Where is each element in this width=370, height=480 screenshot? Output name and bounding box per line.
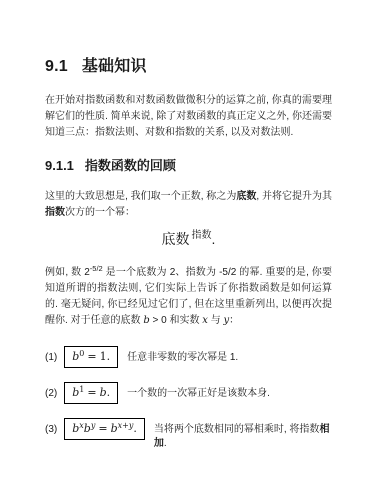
equals-sign: = [95,422,110,435]
paragraph-text: 次方的一个幂： [65,207,135,218]
formula-base: 底数 [162,231,190,247]
paragraph-text: , 并将它提升为其 [256,191,332,202]
paragraph-text: 与 [208,315,224,326]
formula-period: . [212,231,216,247]
display-formula: 底数指数. [45,228,332,250]
term-exponent: 指数 [45,207,65,218]
document-page: 9.1基础知识 在开始对指数函数和对数函数做微积分的运算之前, 你真的需要理解它… [0,0,370,480]
rule-3-label: (3) [45,423,57,437]
formula-exponent: 指数 [192,230,212,241]
rule-1-formula-box: b0=1. [64,346,118,368]
section-number: 9.1 [45,58,68,75]
formula-base-var: b [111,422,118,435]
equals-sign: = [84,386,99,399]
intro-paragraph: 在开始对指数函数和对数函数做微积分的运算之前, 你真的需要理解它们的性质. 简单… [45,93,332,141]
rule-2-formula-box: b1=b. [64,382,118,404]
rule-3-formula-box: bxby=bx+y. [64,418,145,440]
subsection-heading: 9.1.1指数函数的回顾 [45,158,332,174]
base-exponent-paragraph: 这里的大致思想是, 我们取一个正数, 称之为底数, 并将它提升为其指数次方的一个… [45,189,332,221]
exponent-rules-list: (1) b0=1. 任意非零数的零次幂是 1. (2) b1=b. 一个数的一次… [45,346,332,451]
rule-1-description: 任意非零数的零次幂是 1. [127,351,238,365]
rule-1-label: (1) [45,351,57,365]
formula-period: . [107,386,111,399]
subsection-heading-text: 指数函数的回顾 [85,158,176,173]
list-item: (1) b0=1. 任意非零数的零次幂是 1. [45,346,332,368]
section-heading-text: 基础知识 [82,58,147,75]
inline-exponent: -5/2 [90,264,103,273]
equals-sign: = [84,350,99,363]
section-heading: 9.1基础知识 [45,57,332,77]
paragraph-text: 当将两个底数相同的幂相乘时, 将指数 [154,424,320,435]
rule-2-label: (2) [45,387,57,401]
formula-exponent: x+y [118,421,134,430]
formula-base-var: b [84,422,91,435]
formula-period: . [133,422,137,435]
paragraph-text: 例如, 数 2 [45,267,90,278]
example-paragraph: 例如, 数 2-5/2 是一个底数为 2、指数为 -5/2 的幂. 重要的是, … [45,265,332,329]
rule-2-description: 一个数的一次幂正好是该数本身. [127,387,270,401]
intro-paragraph-text: 在开始对指数函数和对数函数做微积分的运算之前, 你真的需要理解它们的性质. 简单… [45,95,332,138]
subsection-number: 9.1.1 [45,158,74,173]
term-base: 底数 [236,191,256,202]
list-item: (2) b1=b. 一个数的一次幂正好是该数本身. [45,382,332,404]
formula-rhs-var: b [100,386,107,399]
paragraph-text: . [164,438,167,449]
list-item: (3) bxby=bx+y. 当将两个底数相同的幂相乘时, 将指数相加. [45,418,332,451]
rule-3-description: 当将两个底数相同的幂相乘时, 将指数相加. [154,423,332,451]
formula-rhs: 1. [100,350,111,363]
paragraph-text: 这里的大致思想是, 我们取一个正数, 称之为 [45,191,236,202]
paragraph-text: > 0 和实数 [150,315,203,326]
paragraph-text: ： [229,315,239,326]
